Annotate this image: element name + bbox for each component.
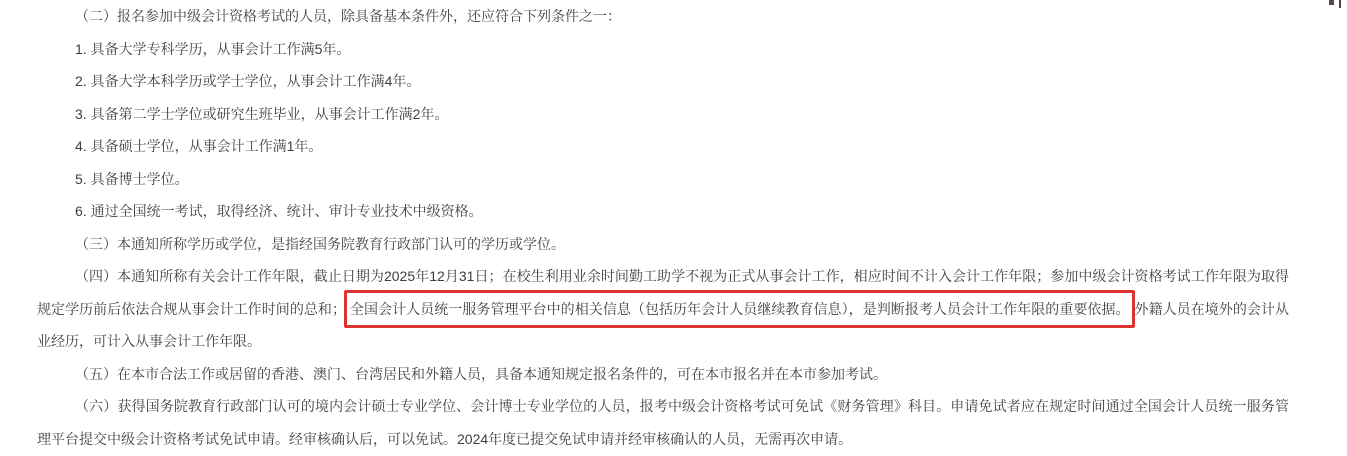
list-item-1: 1. 具备大学专科学历，从事会计工作满5年。 — [37, 33, 1289, 66]
paragraph-section-3: （三）本通知所称学历或学位，是指经国务院教育行政部门认可的学历或学位。 — [37, 228, 1289, 261]
list-item-text: 1. 具备大学专科学历，从事会计工作满5年。 — [75, 41, 350, 57]
clipped-edge-artifact — [1329, 0, 1334, 5]
paragraph-text: （三）本通知所称学历或学位，是指经国务院教育行政部门认可的学历或学位。 — [75, 236, 565, 252]
paragraph-section-6: （六）获得国务院教育行政部门认可的境内会计硕士专业学位、会计博士专业学位的人员，… — [37, 390, 1289, 455]
list-item-text: 2. 具备大学本科学历或学士学位，从事会计工作满4年。 — [75, 73, 420, 89]
paragraph-text: （二）报名参加中级会计资格考试的人员，除具备基本条件外，还应符合下列条件之一： — [75, 8, 621, 24]
list-item-4: 4. 具备硕士学位，从事会计工作满1年。 — [37, 130, 1289, 163]
list-item-2: 2. 具备大学本科学历或学士学位，从事会计工作满4年。 — [37, 65, 1289, 98]
list-item-6: 6. 通过全国统一考试，取得经济、统计、审计专业技术中级资格。 — [37, 195, 1289, 228]
list-item-text: 6. 通过全国统一考试，取得经济、统计、审计专业技术中级资格。 — [75, 203, 483, 219]
list-item-text: 5. 具备博士学位。 — [75, 171, 189, 187]
clipped-edge-artifact — [1339, 0, 1341, 8]
document-page: { "page": { "background": "#ffffff", "te… — [0, 0, 1347, 456]
red-annotation-box: 全国会计人员统一服务管理平台中的相关信息（包括历年会计人员继续教育信息），是判断… — [344, 290, 1135, 328]
list-item-text: 4. 具备硕士学位，从事会计工作满1年。 — [75, 138, 322, 154]
list-item-text: 3. 具备第二学士学位或研究生班毕业，从事会计工作满2年。 — [75, 106, 448, 122]
paragraph-section-5: （五）在本市合法工作或居留的香港、澳门、台湾居民和外籍人员，具备本通知规定报名条… — [37, 358, 1289, 391]
paragraph-text: （六）获得国务院教育行政部门认可的境内会计硕士专业学位、会计博士专业学位的人员，… — [37, 398, 1289, 447]
list-item-3: 3. 具备第二学士学位或研究生班毕业，从事会计工作满2年。 — [37, 98, 1289, 131]
paragraph-text: （五）在本市合法工作或居留的香港、澳门、台湾居民和外籍人员，具备本通知规定报名条… — [75, 366, 887, 382]
notice-body: （二）报名参加中级会计资格考试的人员，除具备基本条件外，还应符合下列条件之一： … — [0, 0, 1347, 455]
paragraph-section-4: （四）本通知所称有关会计工作年限，截止日期为2025年12月31日；在校生利用业… — [37, 260, 1289, 358]
paragraph-section-2: （二）报名参加中级会计资格考试的人员，除具备基本条件外，还应符合下列条件之一： — [37, 0, 1289, 33]
list-item-5: 5. 具备博士学位。 — [37, 163, 1289, 196]
